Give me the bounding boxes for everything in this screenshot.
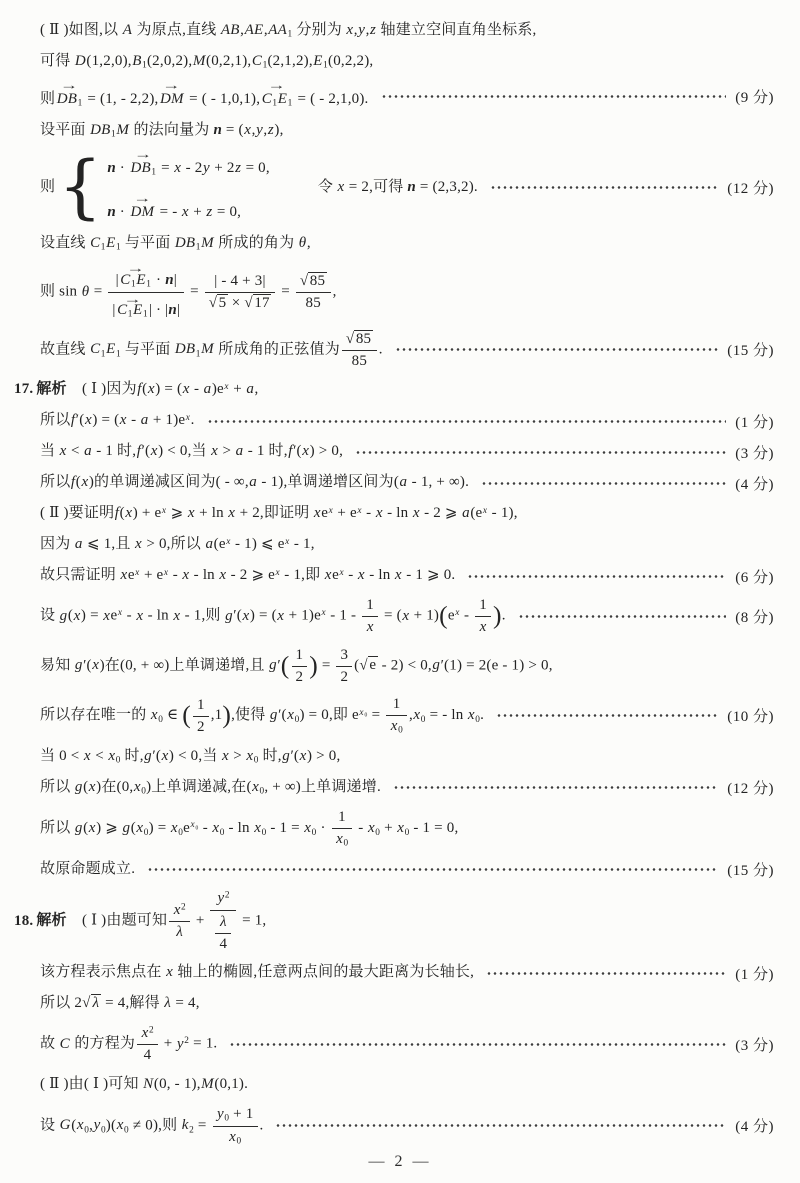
math-line-content: 故只需证明 xex + ex - x - ln x - 2 ⩾ ex - 1,即…	[40, 565, 455, 587]
q18-ellipse-description: 该方程表示焦点在 x 轴上的椭圆,任意两点间的最大距离为长轴长,(1 分)	[0, 962, 774, 984]
dotted-leader	[147, 867, 718, 872]
q18-part2-points: ( Ⅱ )由( Ⅰ )可知 N(0, - 1),M(0,1).	[0, 1074, 774, 1096]
q18-header: 18.解析 ( Ⅰ )由题可知x2λ + y2λ4 = 1,	[0, 889, 774, 953]
q17-derivative: 所以f′(x) = (x - a + 1)ex.(1 分)	[0, 410, 774, 432]
score-label: (1 分)	[735, 963, 774, 984]
scanned-solution-page: ( Ⅱ )如图,以 A 为原点,直线 AB,AE,AA1 分别为 x,y,z 轴…	[0, 0, 800, 1183]
score-label: (12 分)	[727, 177, 774, 198]
q16-normal-system: 则{n · →DB1 = x - 2y + 2z = 0,n · →DM = -…	[0, 151, 774, 224]
q17-monotonic-intervals: 所以f(x)的单调递减区间为( - ∞,a - 1),单调递增区间为(a - 1…	[0, 472, 774, 494]
q17-x0-existence: 所以存在唯一的 x0 ∈ (12,1),使得 g′(x0) = 0,即 ex₀ …	[0, 695, 774, 737]
math-line-content: 所以f(x)的单调递减区间为( - ∞,a - 1),单调递增区间为(a - 1…	[40, 472, 469, 494]
q17-sign-cases: 当 x < a - 1 时,f′(x) < 0,当 x > a - 1 时,f′…	[0, 441, 774, 463]
q16-coordinate-setup: ( Ⅱ )如图,以 A 为原点,直线 AB,AE,AA1 分别为 x,y,z 轴…	[0, 20, 774, 42]
math-line-content: ( Ⅱ )如图,以 A 为原点,直线 AB,AE,AA1 分别为 x,y,z 轴…	[40, 20, 536, 42]
score-label: (3 分)	[735, 442, 774, 463]
dotted-leader	[275, 1123, 726, 1128]
dotted-leader	[490, 185, 718, 190]
dotted-leader	[395, 347, 719, 352]
q17-g-minimum: 所以 g(x) ⩾ g(x0) = x0ex₀ - x0 - ln x0 - 1…	[0, 808, 774, 850]
score-label: (12 分)	[727, 777, 774, 798]
math-line-content: 则{n · →DB1 = x - 2y + 2z = 0,n · →DM = -…	[40, 151, 478, 224]
math-line-content: 则→DB1 = (1, - 2,2),→DM = ( - 1,0,1),→C1E…	[40, 82, 369, 111]
dotted-leader	[486, 971, 726, 976]
q17-g-monotonic: 所以 g(x)在(0,x0)上单调递减,在(x0, + ∞)上单调递增.(12 …	[0, 777, 774, 799]
math-line-content: ( Ⅱ )要证明f(x) + ex ⩾ x + ln x + 2,即证明 xex…	[40, 503, 518, 525]
math-line-content: 设直线 C1E1 与平面 DB1M 所成的角为 θ,	[40, 233, 311, 255]
math-line-content: 所以 2√λ = 4,解得 λ = 4,	[40, 993, 200, 1015]
dotted-leader	[518, 614, 727, 619]
dotted-leader	[207, 419, 727, 424]
q16-conclusion: 故直线 C1E1 与平面 DB1M 所成角的正弦值为√8585.(15 分)	[0, 330, 774, 371]
score-label: (1 分)	[735, 411, 774, 432]
dotted-leader	[355, 450, 726, 455]
score-label: (10 分)	[727, 705, 774, 726]
dotted-leader	[229, 1042, 726, 1047]
score-label: (4 分)	[735, 473, 774, 494]
math-line-content: 易知 g′(x)在(0, + ∞)上单调递增,且 g′(12) = 32(√e …	[40, 646, 553, 687]
q17-part2-goal: ( Ⅱ )要证明f(x) + ex ⩾ x + ln x + 2,即证明 xex…	[0, 503, 774, 525]
dotted-leader	[467, 574, 726, 579]
score-label: (15 分)	[727, 339, 774, 360]
q17-g-prime-monotone: 易知 g′(x)在(0, + ∞)上单调递增,且 g′(12) = 32(√e …	[0, 646, 774, 687]
q18-curve-equation: 故 C 的方程为x24 + y2 = 1.(3 分)	[0, 1024, 774, 1065]
math-line-content: ( Ⅱ )由( Ⅰ )可知 N(0, - 1),M(0,1).	[40, 1074, 248, 1096]
q17-header: 17.解析 ( Ⅰ )因为f(x) = (x - a)ex + a,	[0, 379, 774, 401]
q16-normal-vector-def: 设平面 DB1M 的法向量为 n = (x,y,z),	[0, 120, 774, 142]
q18-slope-k2: 设 G(x0,y0)(x0 ≠ 0),则 k2 = y0 + 1x0.(4 分)	[0, 1105, 774, 1148]
q17-a-bound: 因为 a ⩽ 1,且 x > 0,所以 a(ex - 1) ⩽ ex - 1,	[0, 534, 774, 556]
dotted-leader	[393, 785, 718, 790]
math-line-content: 设 G(x0,y0)(x0 ≠ 0),则 k2 = y0 + 1x0.	[40, 1105, 263, 1148]
score-label: (9 分)	[735, 86, 774, 107]
q17-g-prime-sign: 当 0 < x < x0 时,g′(x) < 0,当 x > x0 时,g′(x…	[0, 746, 774, 768]
score-label: (8 分)	[735, 606, 774, 627]
math-line-content: 18.解析 ( Ⅰ )由题可知x2λ + y2λ4 = 1,	[14, 889, 266, 953]
q18-lambda-solve: 所以 2√λ = 4,解得 λ = 4,	[0, 993, 774, 1015]
score-label: (15 分)	[727, 859, 774, 880]
math-line-content: 则 sin θ = |→C1E1 · n||→C1E1| · |n| = | -…	[40, 264, 337, 321]
document-body: ( Ⅱ )如图,以 A 为原点,直线 AB,AE,AA1 分别为 x,y,z 轴…	[0, 20, 774, 1147]
q17-reduced-inequality: 故只需证明 xex + ex - x - ln x - 2 ⩾ ex - 1,即…	[0, 565, 774, 587]
math-line-content: 当 0 < x < x0 时,g′(x) < 0,当 x > x0 时,g′(x…	[40, 746, 340, 768]
page-number: — 2 —	[0, 1153, 800, 1171]
math-line-content: 17.解析 ( Ⅰ )因为f(x) = (x - a)ex + a,	[14, 379, 258, 401]
q16-angle-def: 设直线 C1E1 与平面 DB1M 所成的角为 θ,	[0, 233, 774, 255]
math-line-content: 当 x < a - 1 时,f′(x) < 0,当 x > a - 1 时,f′…	[40, 441, 343, 463]
q16-sin-computation: 则 sin θ = |→C1E1 · n||→C1E1| · |n| = | -…	[0, 264, 774, 321]
dotted-leader	[496, 713, 718, 718]
math-line-content: 设 g(x) = xex - x - ln x - 1,则 g′(x) = (x…	[40, 596, 506, 637]
q16-point-coordinates: 可得 D(1,2,0),B1(2,0,2),M(0,2,1),C1(2,1,2)…	[0, 51, 774, 73]
math-line-content: 故直线 C1E1 与平面 DB1M 所成角的正弦值为√8585.	[40, 330, 383, 371]
dotted-leader	[381, 94, 727, 99]
math-line-content: 所以 g(x)在(0,x0)上单调递减,在(x0, + ∞)上单调递增.	[40, 777, 381, 799]
math-line-content: 该方程表示焦点在 x 轴上的椭圆,任意两点间的最大距离为长轴长,	[40, 962, 474, 984]
q16-vectors: 则→DB1 = (1, - 2,2),→DM = ( - 1,0,1),→C1E…	[0, 82, 774, 111]
q17-conclusion: 故原命题成立.(15 分)	[0, 858, 774, 880]
dotted-leader	[481, 481, 726, 486]
score-label: (4 分)	[735, 1115, 774, 1136]
math-line-content: 因为 a ⩽ 1,且 x > 0,所以 a(ex - 1) ⩽ ex - 1,	[40, 534, 315, 556]
score-label: (3 分)	[735, 1034, 774, 1055]
math-line-content: 故原命题成立.	[40, 859, 135, 881]
math-line-content: 所以f′(x) = (x - a + 1)ex.	[40, 410, 195, 432]
math-line-content: 故 C 的方程为x24 + y2 = 1.	[40, 1024, 217, 1065]
math-line-content: 设平面 DB1M 的法向量为 n = (x,y,z),	[40, 120, 284, 142]
math-line-content: 所以 g(x) ⩾ g(x0) = x0ex₀ - x0 - ln x0 - 1…	[40, 808, 458, 850]
score-label: (6 分)	[735, 566, 774, 587]
math-line-content: 可得 D(1,2,0),B1(2,0,2),M(0,2,1),C1(2,1,2)…	[40, 51, 373, 73]
q17-g-definition: 设 g(x) = xex - x - ln x - 1,则 g′(x) = (x…	[0, 596, 774, 637]
math-line-content: 所以存在唯一的 x0 ∈ (12,1),使得 g′(x0) = 0,即 ex₀ …	[40, 695, 484, 737]
